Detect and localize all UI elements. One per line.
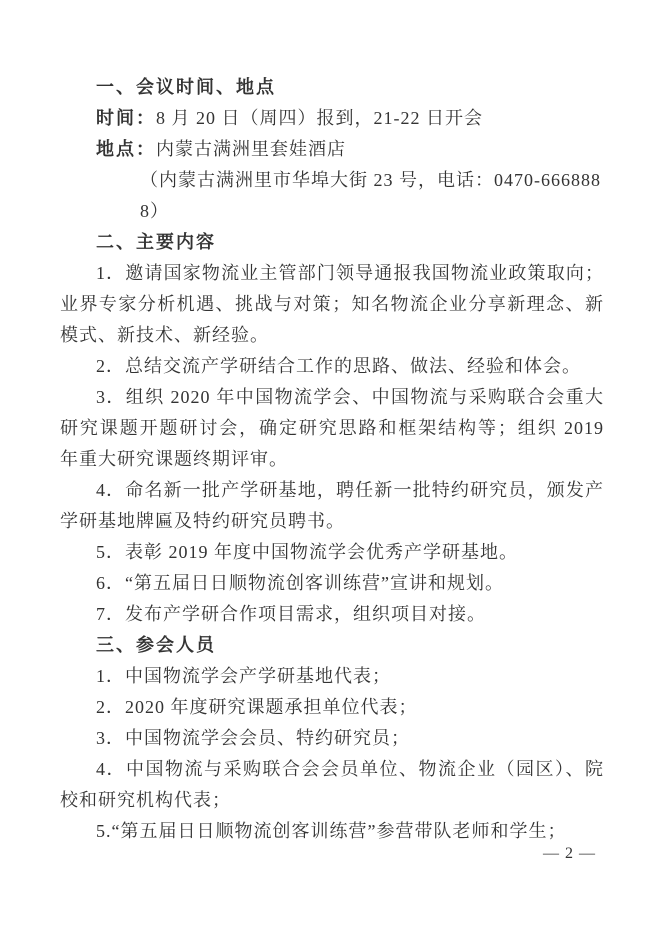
place-line: 地点：内蒙古满洲里套娃酒店 xyxy=(60,134,604,165)
place-label: 地点： xyxy=(96,139,156,159)
document-content: 一、会议时间、地点 时间：8 月 20 日（周四）报到，21-22 日开会 地点… xyxy=(60,72,604,847)
section-heading-participants: 三、参会人员 xyxy=(60,630,604,661)
main-content-item-3: 3．组织 2020 年中国物流学会、中国物流与采购联合会重大研究课题开题研讨会，… xyxy=(60,382,604,475)
main-content-item-7: 7．发布产学研合作项目需求，组织项目对接。 xyxy=(60,599,604,630)
time-value: 8 月 20 日（周四）报到，21-22 日开会 xyxy=(156,108,483,128)
participants-item-4: 4．中国物流与采购联合会会员单位、物流企业（园区）、院校和研究机构代表； xyxy=(60,754,604,816)
participants-item-2: 2．2020 年度研究课题承担单位代表； xyxy=(60,692,604,723)
place-address-line: （内蒙古满洲里市华埠大街 23 号，电话：0470-6668888） xyxy=(60,165,604,227)
time-label: 时间： xyxy=(96,108,156,128)
section-heading-meeting-time-place: 一、会议时间、地点 xyxy=(60,72,604,103)
document-page: 一、会议时间、地点 时间：8 月 20 日（周四）报到，21-22 日开会 地点… xyxy=(0,0,662,936)
main-content-item-1: 1．邀请国家物流业主管部门领导通报我国物流业政策取向；业界专家分析机遇、挑战与对… xyxy=(60,258,604,351)
page-number: — 2 — xyxy=(543,845,596,863)
section-heading-main-content: 二、主要内容 xyxy=(60,227,604,258)
participants-item-1: 1．中国物流学会产学研基地代表； xyxy=(60,661,604,692)
main-content-item-4: 4．命名新一批产学研基地，聘任新一批特约研究员，颁发产学研基地牌匾及特约研究员聘… xyxy=(60,475,604,537)
participants-item-3: 3．中国物流学会会员、特约研究员； xyxy=(60,723,604,754)
place-value: 内蒙古满洲里套娃酒店 xyxy=(156,139,346,159)
main-content-item-2: 2．总结交流产学研结合工作的思路、做法、经验和体会。 xyxy=(60,351,604,382)
time-line: 时间：8 月 20 日（周四）报到，21-22 日开会 xyxy=(60,103,604,134)
main-content-item-6: 6．“第五届日日顺物流创客训练营”宣讲和规划。 xyxy=(60,568,604,599)
participants-item-5: 5.“第五届日日顺物流创客训练营”参营带队老师和学生； xyxy=(60,816,604,847)
main-content-item-5: 5．表彰 2019 年度中国物流学会优秀产学研基地。 xyxy=(60,537,604,568)
